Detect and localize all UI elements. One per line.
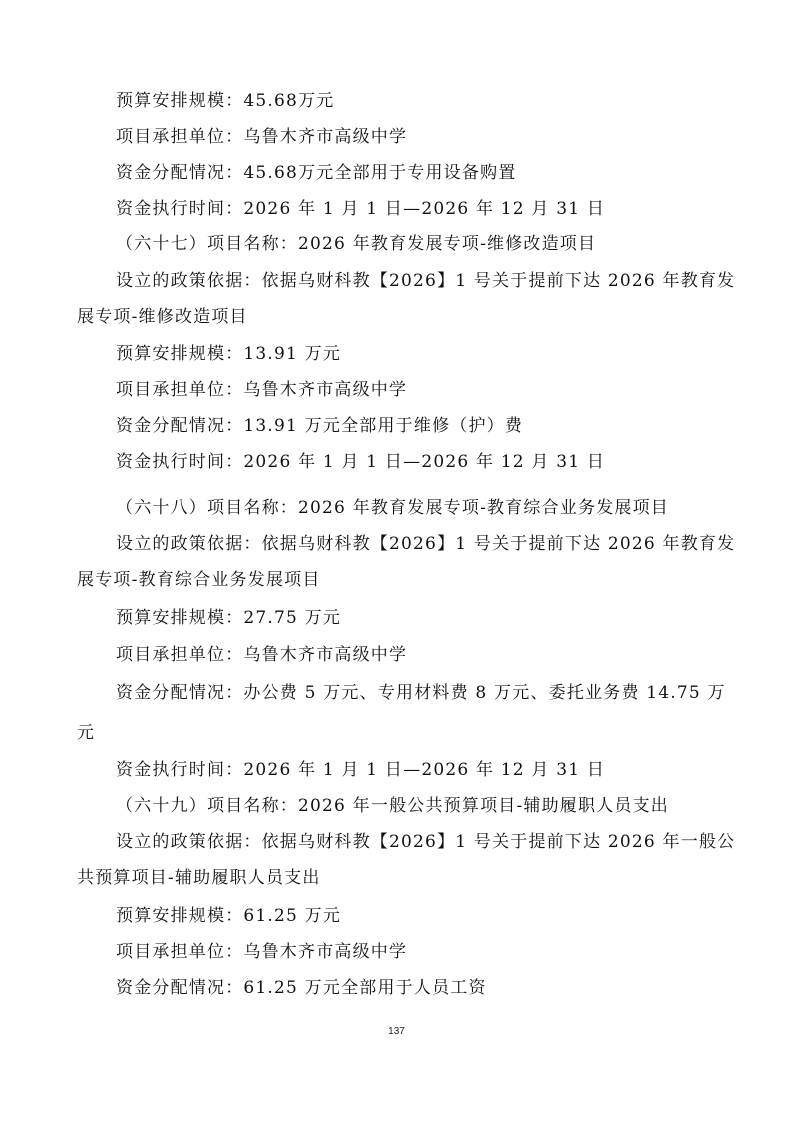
text-line-allocation-66: 资金分配情况：45.68万元全部用于专用设备购置: [116, 163, 516, 183]
text-line-unit-67: 项目承担单位：乌鲁木齐市高级中学: [116, 380, 407, 400]
text-line-policy-68: 设立的政策依据：依据乌财科教【2026】1 号关于提前下达 2026 年教育发: [116, 534, 735, 554]
text-line-allocation-69: 资金分配情况：61.25 万元全部用于人员工资: [116, 978, 487, 998]
text-line-policy-68-cont: 展专项-教育综合业务发展项目: [77, 570, 321, 590]
text-line-budget-scale-68: 预算安排规模：27.75 万元: [116, 608, 341, 628]
text-line-period-66: 资金执行时间：2026 年 1 月 1 日—2026 年 12 月 31 日: [116, 199, 605, 219]
text-line-budget-scale-66: 预算安排规模：45.68万元: [116, 91, 334, 111]
text-line-period-68: 资金执行时间：2026 年 1 月 1 日—2026 年 12 月 31 日: [116, 760, 605, 780]
text-line-budget-scale-67: 预算安排规模：13.91 万元: [116, 344, 341, 364]
text-line-allocation-67: 资金分配情况：13.91 万元全部用于维修（护）费: [116, 416, 523, 436]
text-line-unit-68: 项目承担单位：乌鲁木齐市高级中学: [116, 645, 407, 665]
text-line-budget-scale-69: 预算安排规模：61.25 万元: [116, 906, 341, 926]
text-line-allocation-68: 资金分配情况：办公费 5 万元、专用材料费 8 万元、委托业务费 14.75 万: [116, 683, 726, 703]
section-heading-67: （六十七）项目名称：2026 年教育发展专项-维修改造项目: [116, 234, 596, 254]
text-line-policy-69-cont: 共预算项目-辅助履职人员支出: [77, 868, 321, 888]
text-line-unit-69: 项目承担单位：乌鲁木齐市高级中学: [116, 942, 407, 962]
text-line-policy-67: 设立的政策依据：依据乌财科教【2026】1 号关于提前下达 2026 年教育发: [116, 271, 735, 291]
text-line-period-67: 资金执行时间：2026 年 1 月 1 日—2026 年 12 月 31 日: [116, 452, 605, 472]
text-line-policy-67-cont: 展专项-维修改造项目: [77, 307, 248, 327]
section-heading-69: （六十九）项目名称：2026 年一般公共预算项目-辅助履职人员支出: [116, 796, 669, 816]
text-line-unit-66: 项目承担单位：乌鲁木齐市高级中学: [116, 127, 407, 147]
section-heading-68: （六十八）项目名称：2026 年教育发展专项-教育综合业务发展项目: [116, 498, 669, 518]
page-number: 137: [0, 1026, 793, 1037]
text-line-policy-69: 设立的政策依据：依据乌财科教【2026】1 号关于提前下达 2026 年一般公: [116, 832, 735, 852]
text-line-allocation-68-cont: 元: [77, 723, 95, 743]
